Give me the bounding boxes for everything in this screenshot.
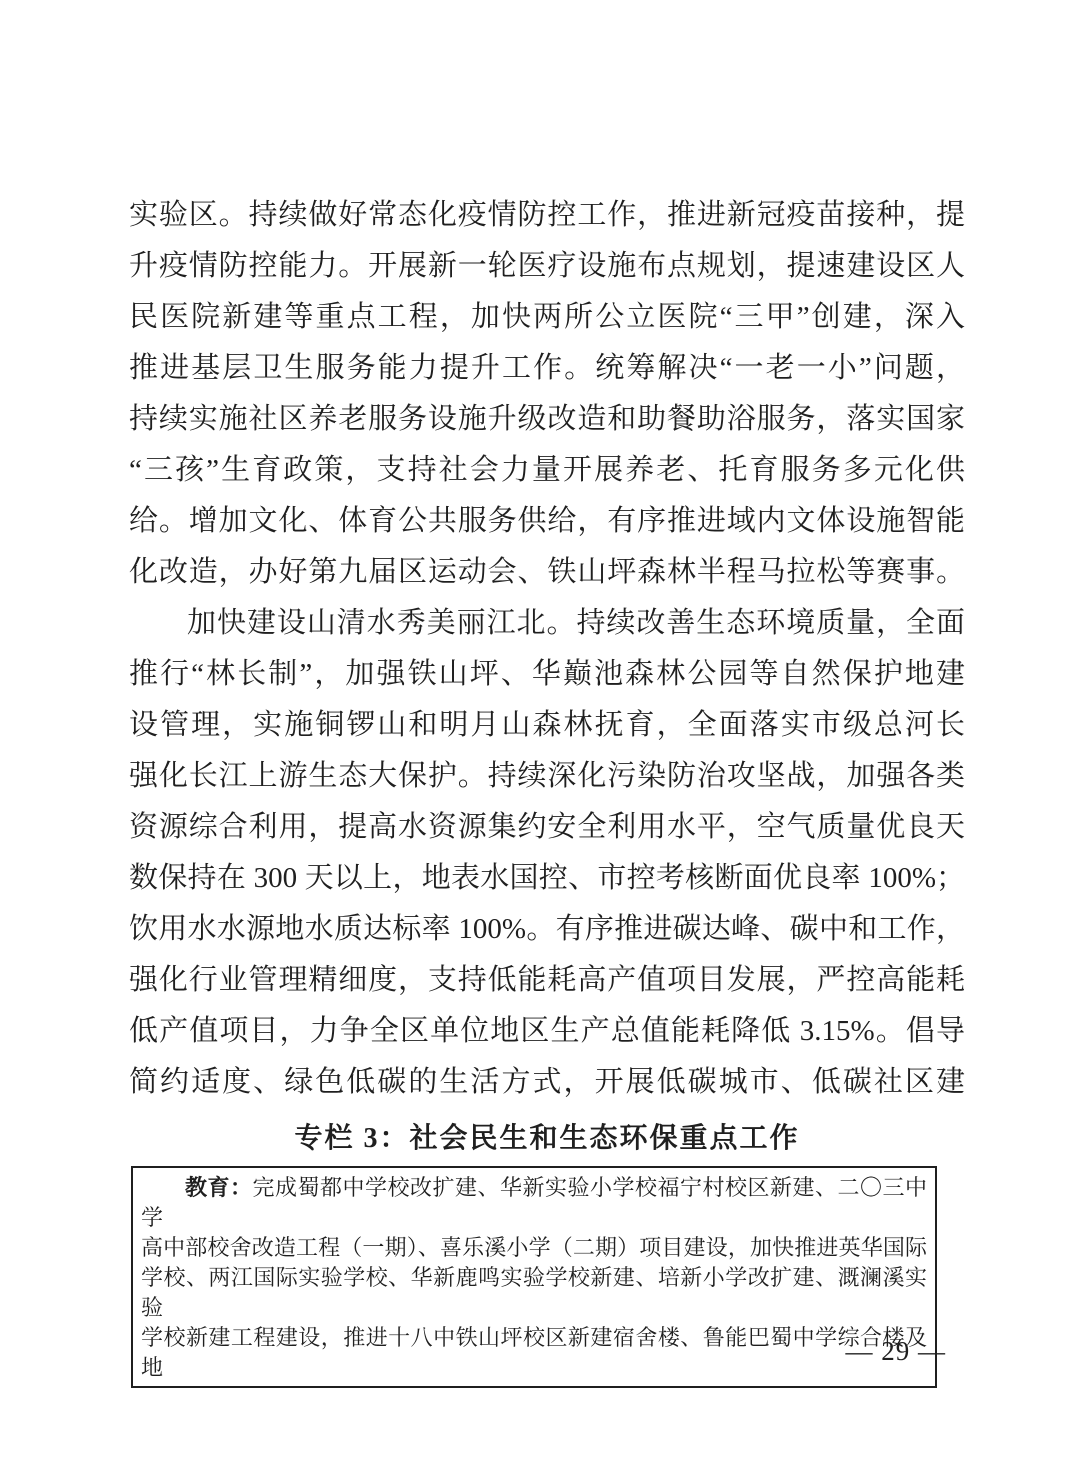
panel-line: 学校、两江国际实验学校、华新鹿鸣实验学校新建、培新小学改扩建、溉澜溪实验 <box>141 1263 927 1323</box>
body-line: 设管理，实施铜锣山和明月山森林抚育，全面落实市级总河长令， <box>129 700 965 751</box>
body-line: 加快建设山清水秀美丽江北。持续改善生态环境质量，全面 <box>129 598 965 649</box>
body-line: 数保持在 300 天以上，地表水国控、市控考核断面优良率 100%； <box>129 853 965 904</box>
body-line: 推行“林长制”，加强铁山坪、华巅池森林公园等自然保护地建 <box>129 649 965 700</box>
panel-title: 专栏 3：社会民生和生态环保重点工作 <box>129 1114 965 1164</box>
body-line: 民医院新建等重点工程，加快两所公立医院“三甲”创建，深入 <box>129 292 965 343</box>
body-line: 升疫情防控能力。开展新一轮医疗设施布点规划，提速建设区人 <box>129 241 965 292</box>
body-line: 饮用水水源地水质达标率 100%。有序推进碳达峰、碳中和工作， <box>129 904 965 955</box>
panel-line: 学校新建工程建设，推进十八中铁山坪校区新建宿舍楼、鲁能巴蜀中学综合楼及地 <box>141 1323 927 1383</box>
panel-section-label: 教育： <box>185 1175 253 1200</box>
panel-box: 教育：完成蜀都中学校改扩建、华新实验小学校福宁村校区新建、二〇三中学高中部校舍改… <box>131 1166 937 1388</box>
body-line: 推进基层卫生服务能力提升工作。统筹解决“一老一小”问题， <box>129 343 965 394</box>
body-line: 低产值项目，力争全区单位地区生产总值能耗降低 3.15%。倡导 <box>129 1006 965 1057</box>
body-line: 持续实施社区养老服务设施升级改造和助餐助浴服务，落实国家 <box>129 394 965 445</box>
body-line: 化改造，办好第九届区运动会、铁山坪森林半程马拉松等赛事。 <box>129 547 965 598</box>
body-line: “三孩”生育政策，支持社会力量开展养老、托育服务多元化供 <box>129 445 965 496</box>
page-number: — 29 — <box>846 1336 947 1367</box>
panel-line: 教育：完成蜀都中学校改扩建、华新实验小学校福宁村校区新建、二〇三中学 <box>141 1173 927 1233</box>
body-text: 实验区。持续做好常态化疫情防控工作，推进新冠疫苗接种，提升疫情防控能力。开展新一… <box>129 190 965 1108</box>
body-line: 给。增加文化、体育公共服务供给，有序推进域内文体设施智能 <box>129 496 965 547</box>
body-line: 资源综合利用，提高水资源集约安全利用水平，空气质量优良天 <box>129 802 965 853</box>
page-content: 实验区。持续做好常态化疫情防控工作，推进新冠疫苗接种，提升疫情防控能力。开展新一… <box>129 190 965 1388</box>
body-line: 强化行业管理精细度，支持低能耗高产值项目发展，严控高能耗 <box>129 955 965 1006</box>
body-line: 简约适度、绿色低碳的生活方式，开展低碳城市、低碳社区建设。 <box>129 1057 965 1108</box>
body-line: 强化长江上游生态大保护。持续深化污染防治攻坚战，加强各类 <box>129 751 965 802</box>
document-page: 实验区。持续做好常态化疫情防控工作，推进新冠疫苗接种，提升疫情防控能力。开展新一… <box>0 0 1074 1458</box>
body-line: 实验区。持续做好常态化疫情防控工作，推进新冠疫苗接种，提 <box>129 190 965 241</box>
panel-line: 高中部校舍改造工程（一期）、喜乐溪小学（二期）项目建设，加快推进英华国际 <box>141 1233 927 1263</box>
